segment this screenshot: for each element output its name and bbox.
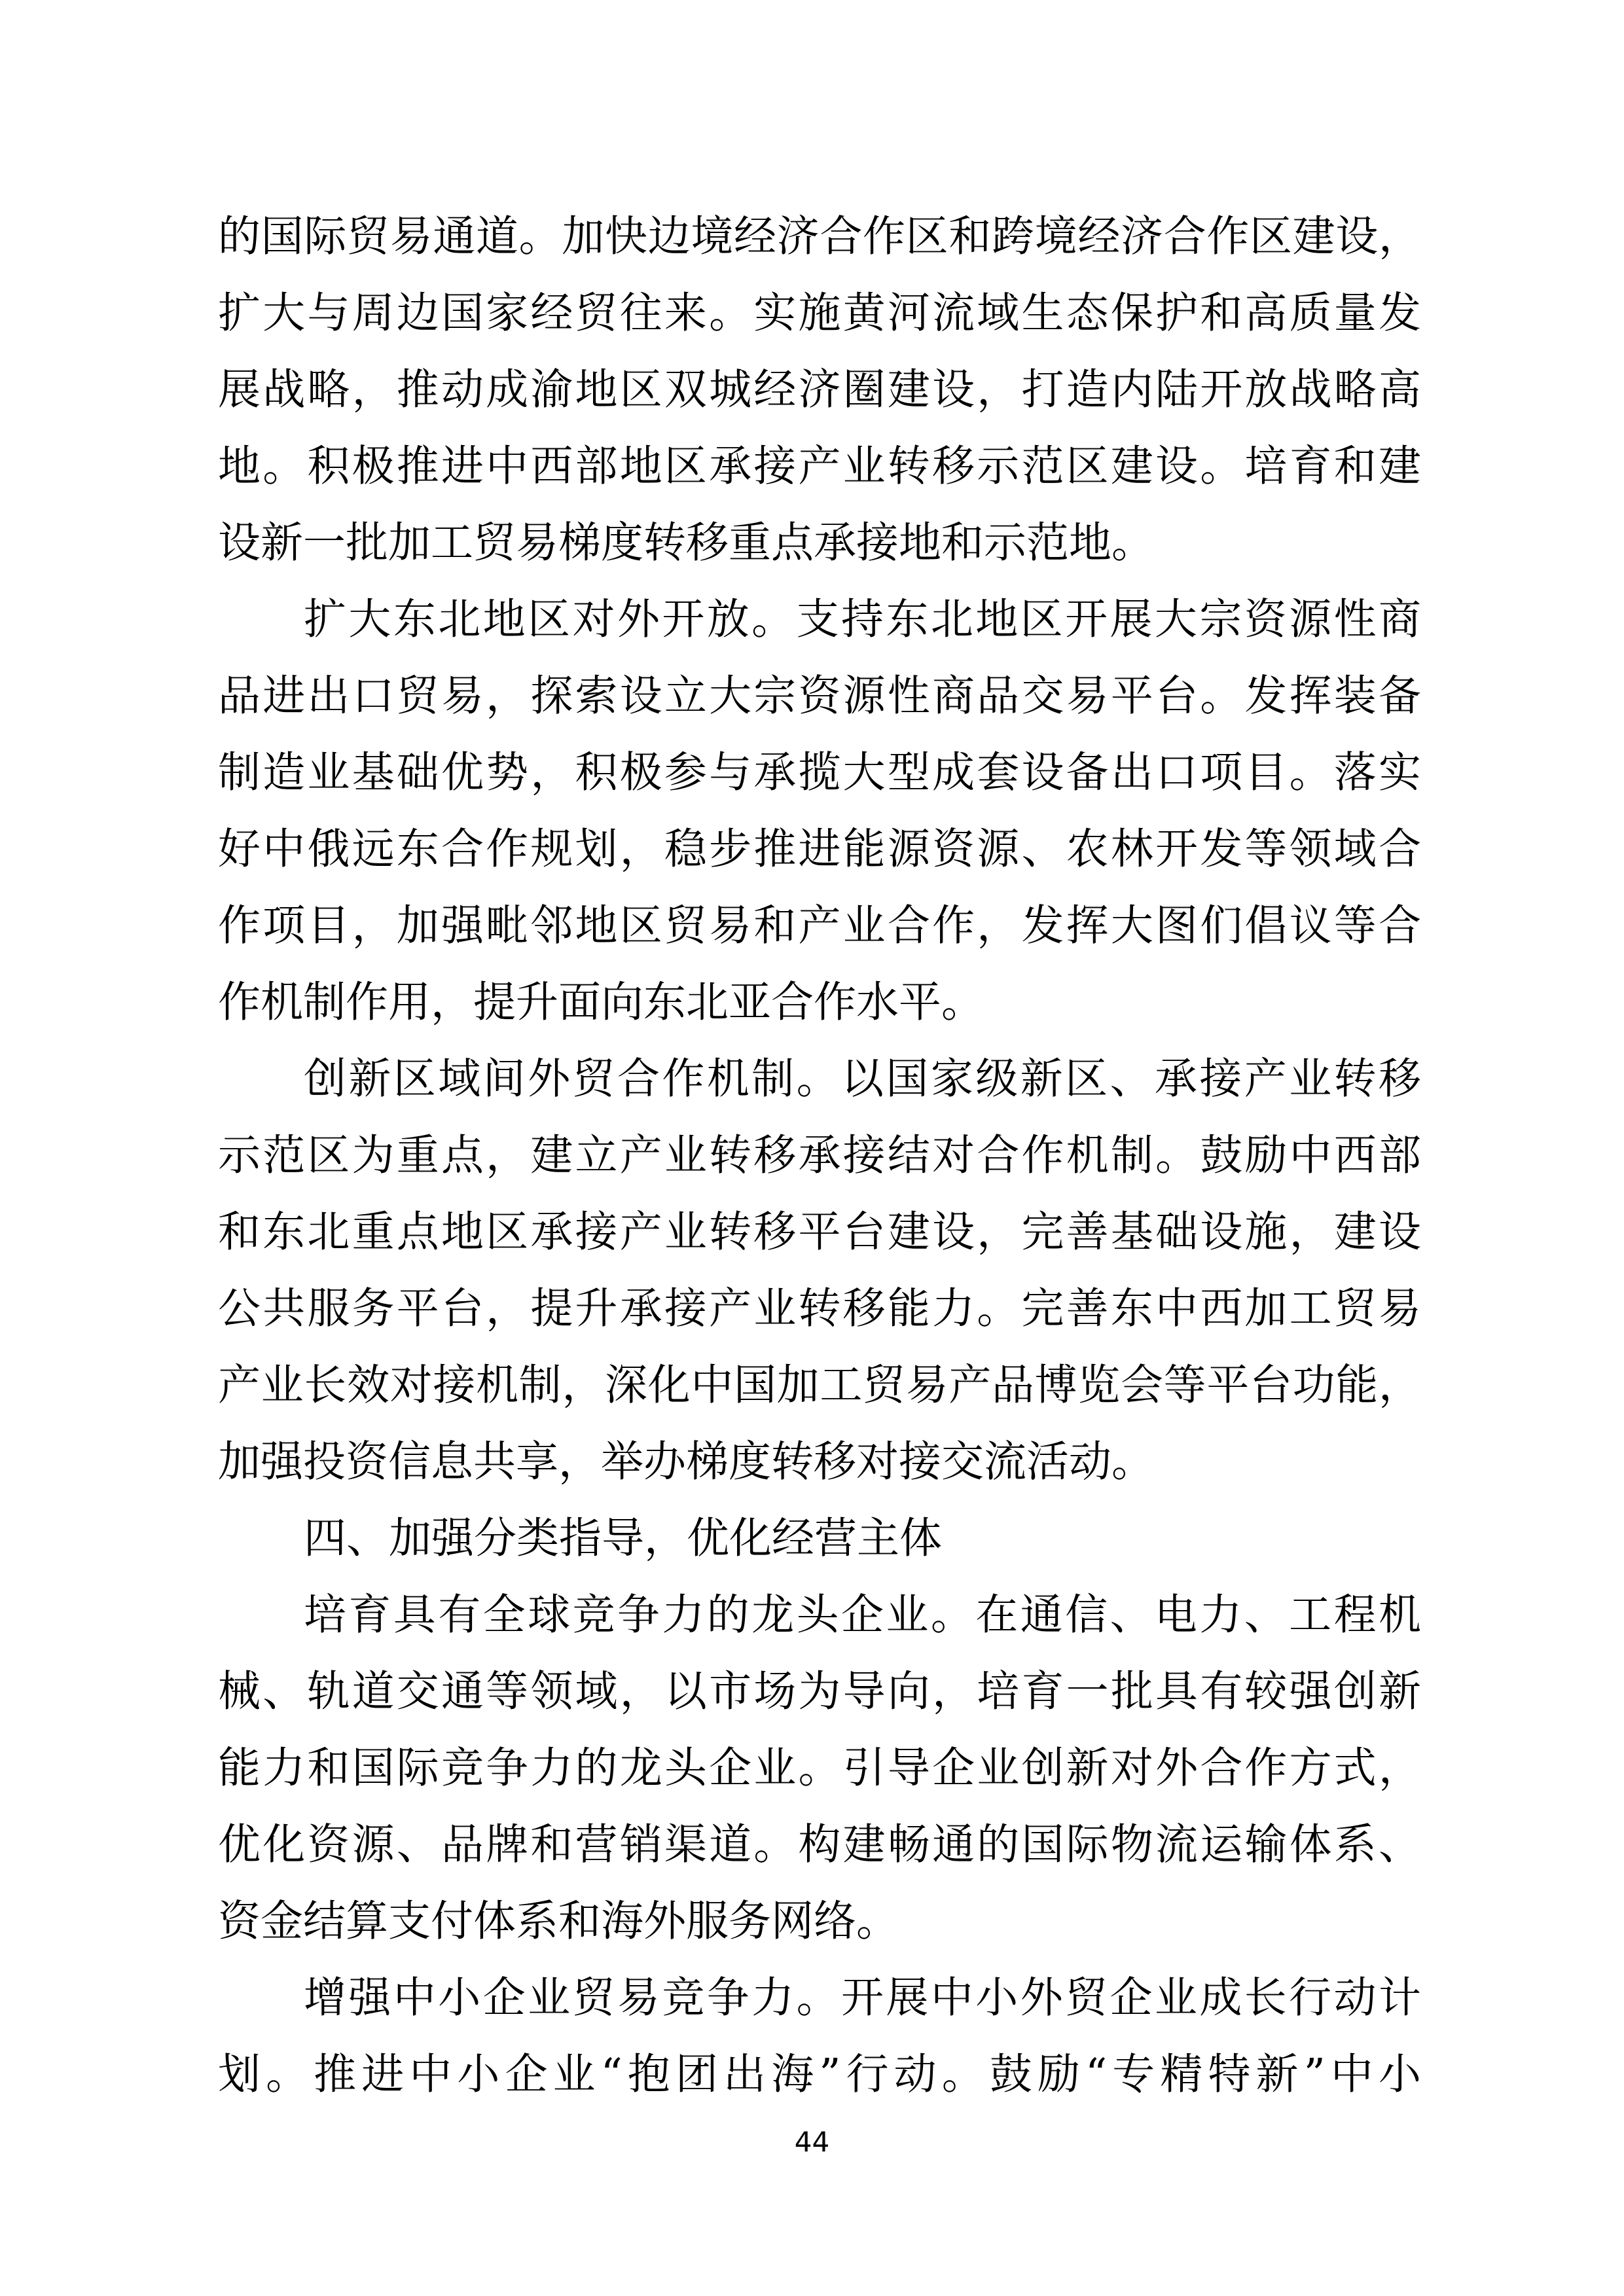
text-line: 设新一批加工贸易梯度转移重点承接地和示范地。: [218, 505, 1421, 581]
text-line: 作项目，加强毗邻地区贸易和产业合作，发挥大图们倡议等合: [218, 888, 1421, 964]
text-line: 好中俄远东合作规划，稳步推进能源资源、农林开发等领域合: [218, 811, 1421, 888]
section-heading: 四、加强分类指导，优化经营主体: [218, 1500, 1421, 1577]
text-line: 划。推进中小企业“抱团出海”行动。鼓励“专精特新”中小: [218, 2036, 1421, 2113]
document-page: 的国际贸易通道。加快边境经济合作区和跨境经济合作区建设， 扩大与周边国家经贸往来…: [0, 0, 1624, 2296]
text-line: 培育具有全球竞争力的龙头企业。在通信、电力、工程机: [218, 1577, 1421, 1653]
text-line: 扩大东北地区对外开放。支持东北地区开展大宗资源性商: [218, 581, 1421, 658]
text-line: 示范区为重点，建立产业转移承接结对合作机制。鼓励中西部: [218, 1117, 1421, 1194]
text-line: 品进出口贸易，探索设立大宗资源性商品交易平台。发挥装备: [218, 658, 1421, 734]
text-line: 公共服务平台，提升承接产业转移能力。完善东中西加工贸易: [218, 1270, 1421, 1347]
text-line: 作机制作用，提升面向东北亚合作水平。: [218, 964, 1421, 1041]
page-number: 44: [0, 2127, 1624, 2157]
text-line: 和东北重点地区承接产业转移平台建设，完善基础设施，建设: [218, 1194, 1421, 1270]
text-line: 械、轨道交通等领域，以市场为导向，培育一批具有较强创新: [218, 1653, 1421, 1730]
page-body: 的国际贸易通道。加快边境经济合作区和跨境经济合作区建设， 扩大与周边国家经贸往来…: [218, 198, 1421, 2113]
text-line: 加强投资信息共享，举办梯度转移对接交流活动。: [218, 1424, 1421, 1500]
text-line: 创新区域间外贸合作机制。以国家级新区、承接产业转移: [218, 1041, 1421, 1117]
text-line: 资金结算支付体系和海外服务网络。: [218, 1883, 1421, 1960]
text-line: 地。积极推进中西部地区承接产业转移示范区建设。培育和建: [218, 428, 1421, 505]
text-line: 展战略，推动成渝地区双城经济圈建设，打造内陆开放战略高: [218, 351, 1421, 428]
text-line: 扩大与周边国家经贸往来。实施黄河流域生态保护和高质量发: [218, 275, 1421, 351]
text-line: 产业长效对接机制，深化中国加工贸易产品博览会等平台功能，: [218, 1347, 1421, 1424]
text-line: 增强中小企业贸易竞争力。开展中小外贸企业成长行动计: [218, 1960, 1421, 2036]
text-line: 优化资源、品牌和营销渠道。构建畅通的国际物流运输体系、: [218, 1806, 1421, 1883]
text-line: 的国际贸易通道。加快边境经济合作区和跨境经济合作区建设，: [218, 198, 1421, 275]
text-line: 制造业基础优势，积极参与承揽大型成套设备出口项目。落实: [218, 734, 1421, 811]
text-line: 能力和国际竞争力的龙头企业。引导企业创新对外合作方式，: [218, 1730, 1421, 1806]
